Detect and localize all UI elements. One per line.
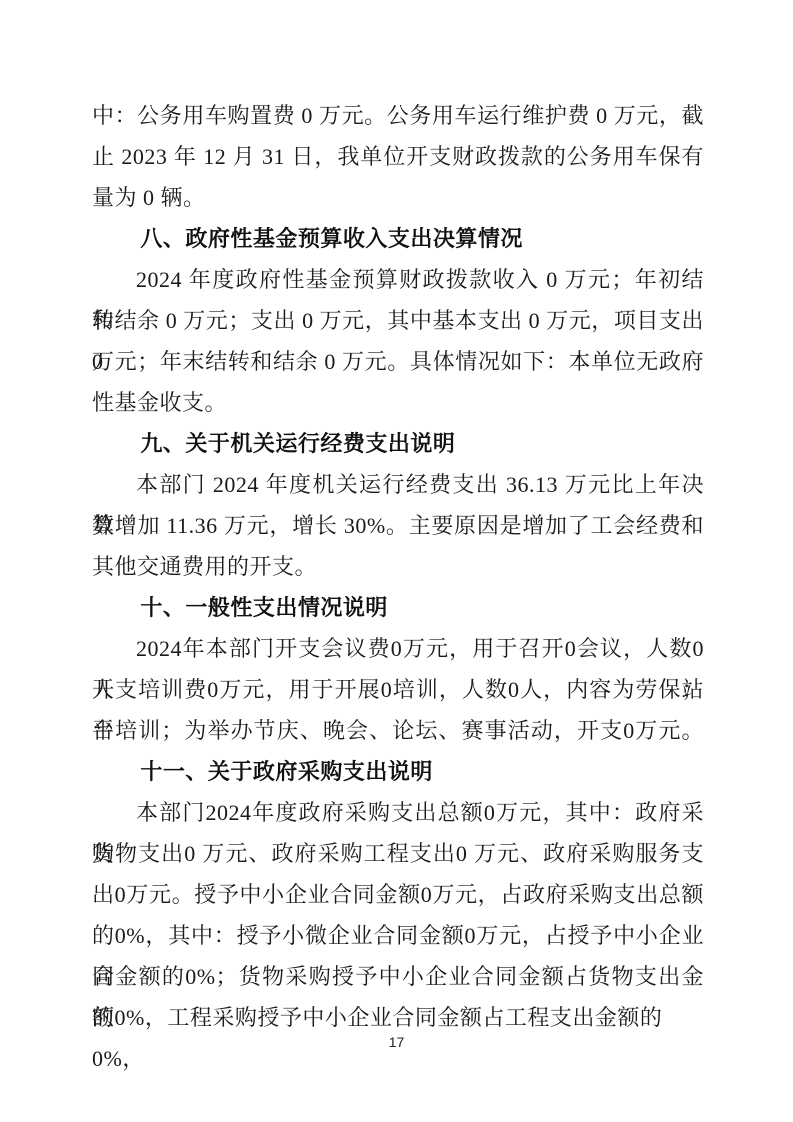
body-text-line: 本部门2024年度政府采购支出总额0万元，其中：政府采购 (92, 792, 704, 833)
document-page: 中：公务用车购置费 0 万元。公务用车运行维护费 0 万元，截 止 2023 年… (0, 0, 793, 1122)
body-text-line: 量为 0 辆。 (92, 177, 704, 218)
body-text-line: 货物支出0 万元、政府采购工程支出0 万元、政府采购服务支 (92, 833, 704, 874)
body-text-line: 和结余 0 万元；支出 0 万元，其中基本支出 0 万元，项目支出 0 (92, 300, 704, 341)
body-text-line: 本部门 2024 年度机关运行经费支出 36.13 万元比上年决算 (92, 464, 704, 505)
body-text-line: 出0万元。授予中小企业合同金额0万元，占政府采购支出总额 (92, 874, 704, 915)
body-text-line: 其他交通费用的开支。 (92, 546, 704, 587)
paragraph-gov-fund-budget: 2024 年度政府性基金预算财政拨款收入 0 万元；年初结转 和结余 0 万元；… (92, 259, 704, 423)
document-body: 中：公务用车购置费 0 万元。公务用车运行维护费 0 万元，截 止 2023 年… (92, 95, 704, 1038)
section-heading-10-general-expense: 十、一般性支出情况说明 (92, 587, 704, 628)
body-text-line: 开支培训费0万元，用于开展0培训，人数0人，内容为劳保站平 (92, 669, 704, 710)
paragraph-operating-expense: 本部门 2024 年度机关运行经费支出 36.13 万元比上年决算 数增加 11… (92, 464, 704, 587)
body-text-line: 台培训；为举办节庆、晚会、论坛、赛事活动，开支0万元。 (92, 710, 704, 751)
body-text-line: 万元；年末结转和结余 0 万元。具体情况如下：本单位无政府 (92, 341, 704, 382)
section-heading-11-gov-procurement: 十一、关于政府采购支出说明 (92, 751, 704, 792)
section-heading-8-gov-fund-budget: 八、政府性基金预算收入支出决算情况 (92, 218, 704, 259)
paragraph-gov-procurement: 本部门2024年度政府采购支出总额0万元，其中：政府采购 货物支出0 万元、政府… (92, 792, 704, 1038)
body-text-line: 2024年本部门开支会议费0万元，用于召开0会议，人数0人； (92, 628, 704, 669)
body-text-line: 的0%，其中：授予小微企业合同金额0万元，占授予中小企业合 (92, 915, 704, 956)
body-text-line: 中：公务用车购置费 0 万元。公务用车运行维护费 0 万元，截 (92, 95, 704, 136)
paragraph-vehicle-continuation: 中：公务用车购置费 0 万元。公务用车运行维护费 0 万元，截 止 2023 年… (92, 95, 704, 218)
body-text-line: 数增加 11.36 万元，增长 30%。主要原因是增加了工会经费和 (92, 505, 704, 546)
body-text-line: 的0%，工程采购授予中小企业合同金额占工程支出金额的0%， (92, 997, 704, 1038)
section-heading-9-operating-expense: 九、关于机关运行经费支出说明 (92, 423, 704, 464)
body-text-line: 性基金收支。 (92, 382, 704, 423)
body-text-line: 止 2023 年 12 月 31 日，我单位开支财政拨款的公务用车保有 (92, 136, 704, 177)
body-text-line: 同金额的0%；货物采购授予中小企业合同金额占货物支出金额 (92, 956, 704, 997)
paragraph-general-expense: 2024年本部门开支会议费0万元，用于召开0会议，人数0人； 开支培训费0万元，… (92, 628, 704, 751)
body-text-line: 2024 年度政府性基金预算财政拨款收入 0 万元；年初结转 (92, 259, 704, 300)
page-number: 17 (0, 1034, 793, 1050)
